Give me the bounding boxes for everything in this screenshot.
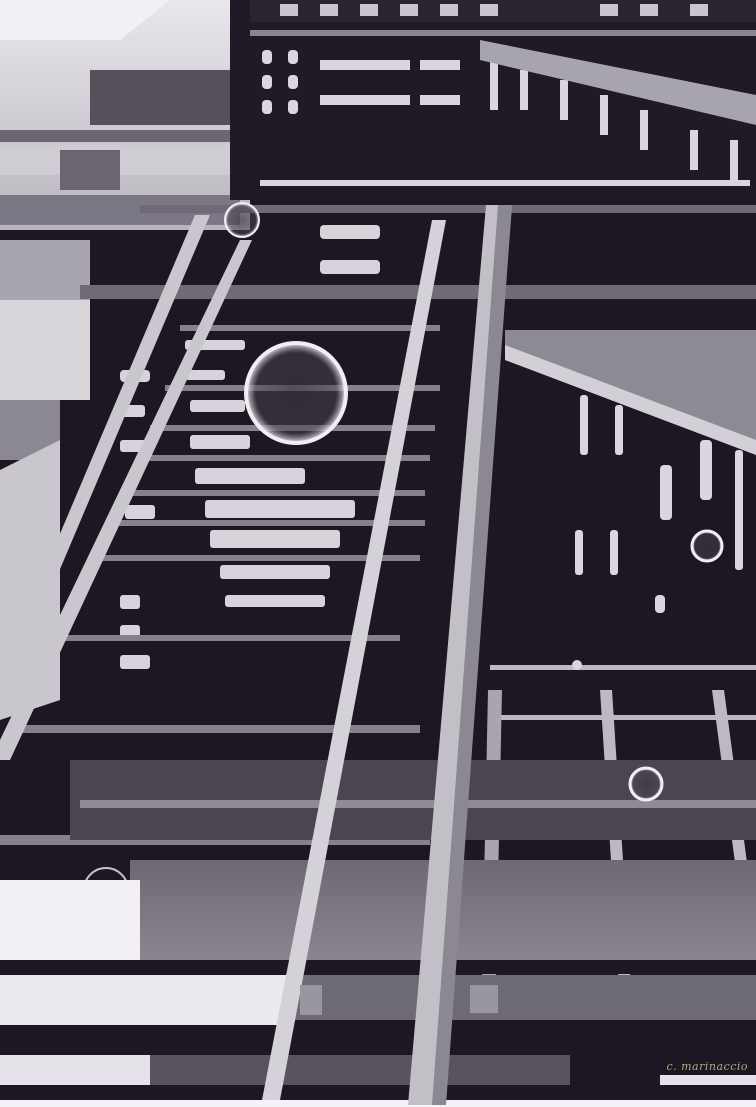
- upper-balcony: [230, 0, 756, 200]
- bubble-lower-right: [630, 768, 662, 800]
- ground: [0, 760, 756, 1107]
- bubble-small-top: [225, 203, 259, 237]
- artist-signature: c. marinaccio: [666, 1060, 748, 1073]
- fire-escape-scene: [0, 0, 756, 1107]
- bubble-large: [246, 343, 346, 443]
- bubble-tiny: [572, 660, 582, 670]
- photograph: Black-and-white photograph looking up a …: [0, 0, 756, 1107]
- bubble-right: [692, 531, 722, 561]
